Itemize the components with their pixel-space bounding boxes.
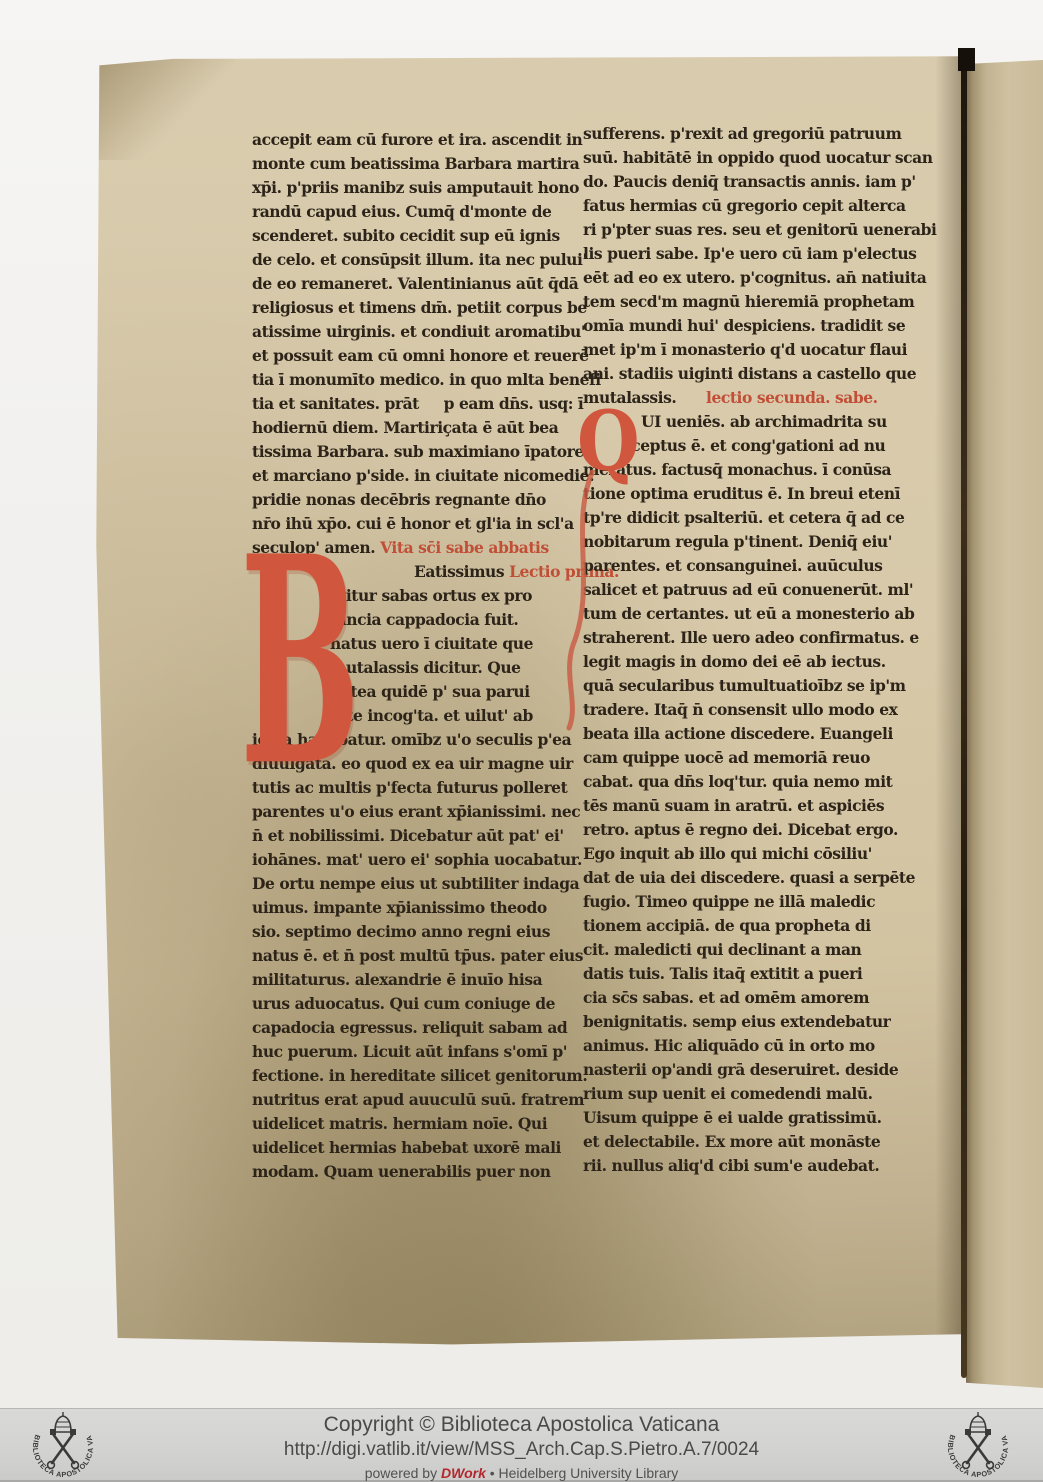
body-text: atissime uirginis. et condiuit aromatibu… — [252, 322, 585, 341]
body-text: parentes. et consanguinei. auūculus — [583, 556, 882, 575]
manuscript-line: tum de certantes. ut eū a monesterio ab — [583, 602, 910, 626]
body-text: nutritus erat apud auuculū suū. fratrem — [252, 1090, 584, 1109]
manuscript-line: sio. septimo decimo anno regni eius — [252, 920, 570, 944]
body-text: dat de uia dei discedere. quasi a serpēt… — [583, 868, 915, 887]
body-text: Ego inquit ab illo qui michi cōsiliu' — [583, 844, 872, 863]
manuscript-line: retro. aptus ē regno dei. Dicebat ergo. — [583, 818, 910, 842]
body-text: tionem accipiā. de qua propheta di — [583, 916, 871, 935]
body-text: tēs manū suam in aratrū. et aspiciēs — [583, 796, 884, 815]
manuscript-column-left: B accepit eam cū furore et ira. ascendit… — [252, 128, 570, 1184]
body-text: nasterii op'andi grā deseruiret. deside — [583, 1060, 898, 1079]
copyright-line: Copyright © Biblioteca Apostolica Vatica… — [0, 1413, 1043, 1437]
photo-background: © Biblioteca Apos SERVED B accepit eam c… — [0, 0, 1043, 1408]
body-text: tem secd'm magnū hieremiā prophetam — [583, 292, 914, 311]
body-text: retro. aptus ē regno dei. Dicebat ergo. — [583, 820, 898, 839]
body-text: tissima Barbara. sub maximiano īpatore. — [252, 442, 589, 461]
body-text: tia ī monumīto medico. in quo mlta benef… — [252, 370, 601, 389]
manuscript-line: et delectabile. Ex more aūt monāste — [583, 1130, 910, 1154]
body-text: legit magis in domo dei eē ab iectus. — [583, 652, 886, 671]
body-text: animus. Hic aliquādo cū in orto mo — [583, 1036, 875, 1055]
body-text: igitur sabas ortus ex pro — [330, 586, 532, 605]
body-text: do. Paucis deniq̄ transactis annis. iam … — [583, 172, 916, 191]
manuscript-line: suū. habitātē in oppido quod uocatur sca… — [583, 146, 910, 170]
manuscript-column-right: Q sufferens. p'rexit ad gregoriū patruum… — [583, 122, 910, 1178]
manuscript-line: parentes. et consanguinei. auūculus — [583, 554, 910, 578]
manuscript-line: atissime uirginis. et condiuit aromatibu… — [252, 320, 570, 344]
manuscript-line: omīa mundi hui' despiciens. tradidit se — [583, 314, 910, 338]
manuscript-line: tia et sanitates. prāt p eam dn̄s. usq: … — [252, 392, 570, 416]
body-text: capadocia egressus. reliquit sabam ad — [252, 1018, 567, 1037]
illuminated-initial-q: Q — [577, 406, 639, 475]
body-text: scenderet. subito cecidit sup eū ignis — [252, 226, 560, 245]
body-text: met ip'm ī monasterio q'd uocatur flaui — [583, 340, 907, 359]
body-text: de celo. et consūpsit illum. ita nec pul… — [252, 250, 587, 269]
manuscript-line: rii. nullus aliq'd cibi sum'e audebat. — [583, 1154, 910, 1178]
manuscript-line: legit magis in domo dei eē ab iectus. — [583, 650, 910, 674]
page-corner-fold — [95, 55, 235, 160]
rubric-text: Vita sc̄i sabe abbatis — [380, 538, 549, 557]
body-text: tate incog'ta. et uilut' ab — [330, 706, 533, 725]
manuscript-line: quā secularibus tumultuatioībz se ip'm — [583, 674, 910, 698]
body-text: fatus hermias cū gregorio cepit alterca — [583, 196, 906, 215]
body-text: straherent. Ille uero adeo confirmatus. … — [583, 628, 919, 647]
manuscript-line: fugio. Timeo quippe ne illā maledic — [583, 890, 910, 914]
body-text: natus uero ī ciuitate que — [330, 634, 533, 653]
manuscript-line: do. Paucis deniq̄ transactis annis. iam … — [583, 170, 910, 194]
body-text: cam quippe uocē ad memoriā reuo — [583, 748, 870, 767]
manuscript-line: benignitatis. semp eius extendebatur — [583, 1010, 910, 1034]
manuscript-line: ri p'pter suas res. seu et genitorū uene… — [583, 218, 910, 242]
illuminated-initial-b: B — [240, 556, 360, 769]
body-text: fectione. in hereditate silicet genitoru… — [252, 1066, 587, 1085]
manuscript-line: met ip'm ī monasterio q'd uocatur flaui — [583, 338, 910, 362]
body-text: modam. Quam uenerabilis puer non — [252, 1162, 551, 1181]
body-text: et marciano p'side. in ciuitate nicomedi… — [252, 466, 594, 485]
body-text: Eatissimus — [414, 562, 504, 581]
body-text: tp're didicit psalteriū. et cetera q̄ ad… — [583, 508, 904, 527]
manuscript-page: B accepit eam cū furore et ira. ascendit… — [95, 55, 965, 1347]
body-text: cia sc̄s sabas. et ad omēm amorem — [583, 988, 869, 1007]
manuscript-line: eēt ad eo ex utero. p'cognitus. an̄ nati… — [583, 266, 910, 290]
manuscript-line: uimus. impante xp̄ianissimo theodo — [252, 896, 570, 920]
manuscript-line: Ego inquit ab illo qui michi cōsiliu' — [583, 842, 910, 866]
body-text: datis tuis. Talis itaq̄ extitit a pueri — [583, 964, 862, 983]
vatican-emblem-icon — [963, 1412, 994, 1468]
manuscript-line: randū capud eius. Cumq̄ d'monte de — [252, 200, 570, 224]
manuscript-line: fectione. in hereditate silicet genitoru… — [252, 1064, 570, 1088]
manuscript-line: straherent. Ille uero adeo confirmatus. … — [583, 626, 910, 650]
manuscript-line: modam. Quam uenerabilis puer non — [252, 1160, 570, 1184]
manuscript-line: nutritus erat apud auuculū suū. fratrem — [252, 1088, 570, 1112]
powered-suffix: • Heidelberg University Library — [486, 1465, 678, 1481]
manuscript-line: tissima Barbara. sub maximiano īpatore. — [252, 440, 570, 464]
body-text: UI ueniēs. ab archimadrita su — [641, 412, 887, 431]
manuscript-line: beata illa actione discedere. Euangeli — [583, 722, 910, 746]
url-line: http://digi.vatlib.it/view/MSS_Arch.Cap.… — [0, 1439, 1043, 1461]
rubric-text: lectio secunda. sabe. — [706, 388, 878, 407]
footer-text-block: Copyright © Biblioteca Apostolica Vatica… — [0, 1413, 1043, 1481]
manuscript-line: sufferens. p'rexit ad gregoriū patruum — [583, 122, 910, 146]
manuscript-line: cit. maledicti qui declinant a man — [583, 938, 910, 962]
body-text: De ortu nempe eius ut subtiliter indaga — [252, 874, 579, 893]
body-text: sceptus ē. et cong'gationi ad nu — [623, 436, 885, 455]
manuscript-line: tia ī monumīto medico. in quo mlta benef… — [252, 368, 570, 392]
body-text: uidelicet matris. hermiam noīe. Qui — [252, 1114, 547, 1133]
powered-line: powered by DWork • Heidelberg University… — [0, 1465, 1043, 1481]
manuscript-line: monte cum beatissima Barbara martira — [252, 152, 570, 176]
body-text: benignitatis. semp eius extendebatur — [583, 1012, 890, 1031]
body-text: iohānes. mat' uero ei' sophia uocabatur. — [252, 850, 582, 869]
manuscript-line: De ortu nempe eius ut subtiliter indaga — [252, 872, 570, 896]
manuscript-line: lis pueri sabe. Ip'e uero cū iam p'elect… — [583, 242, 910, 266]
body-text: de eo remaneret. Valentinianus aūt q̄dā — [252, 274, 578, 293]
body-text: tia et sanitates. prāt p eam dn̄s. usq: … — [252, 394, 583, 413]
initial-q-tail-flourish — [561, 470, 603, 732]
footer-bar: BIBLIOTECA APOSTOLICA VATICANA Copyright… — [0, 1408, 1043, 1482]
body-text: uidelicet hermias habebat uxorē mali — [252, 1138, 561, 1157]
manuscript-line: religiosus et timens dm̄. petiit corpus … — [252, 296, 570, 320]
manuscript-line: tēs manū suam in aratrū. et aspiciēs — [583, 794, 910, 818]
body-text: omīa mundi hui' despiciens. tradidit se — [583, 316, 905, 335]
manuscript-line: ani. stadiis uiginti distans a castello … — [583, 362, 910, 386]
manuscript-line: nasterii op'andi grā deseruiret. deside — [583, 1058, 910, 1082]
book-gutter — [961, 58, 967, 1378]
manuscript-line: huc puerum. Licuit aūt infans s'omī p' — [252, 1040, 570, 1064]
body-text: ri p'pter suas res. seu et genitorū uene… — [583, 220, 936, 239]
body-text: randū capud eius. Cumq̄ d'monte de — [252, 202, 551, 221]
body-text: ani. stadiis uiginti distans a castello … — [583, 364, 916, 383]
manuscript-line: et marciano p'side. in ciuitate nicomedi… — [252, 464, 570, 488]
body-text: eēt ad eo ex utero. p'cognitus. an̄ nati… — [583, 268, 926, 287]
body-text: religiosus et timens dm̄. petiit corpus … — [252, 298, 587, 317]
manuscript-line: animus. Hic aliquādo cū in orto mo — [583, 1034, 910, 1058]
vatican-library-logo: BIBLIOTECA APOSTOLICA VATICANA — [925, 1411, 1031, 1481]
manuscript-line: salicet et patruus ad eū conuenerūt. ml' — [583, 578, 910, 602]
manuscript-line: capadocia egressus. reliquit sabam ad — [252, 1016, 570, 1040]
body-text: uimus. impante xp̄ianissimo theodo — [252, 898, 547, 917]
body-text: fugio. Timeo quippe ne illā maledic — [583, 892, 875, 911]
body-text: et possuit eam cū omni honore et reuerē — [252, 346, 589, 365]
manuscript-line: accepit eam cū furore et ira. ascendit i… — [252, 128, 570, 152]
manuscript-line: rium sup uenit ei comedendi malū. — [583, 1082, 910, 1106]
body-text: hodiernū diem. Martiriçata ē aūt bea — [252, 418, 558, 437]
manuscript-line: de eo remaneret. Valentinianus aūt q̄dā — [252, 272, 570, 296]
manuscript-line: Uisum quippe ē ei ualde gratissimū. — [583, 1106, 910, 1130]
body-text: xp̄i. p'priis manibz suis amputauit hono — [252, 178, 579, 197]
manuscript-line: dat de uia dei discedere. quasi a serpēt… — [583, 866, 910, 890]
manuscript-line: scenderet. subito cecidit sup eū ignis — [252, 224, 570, 248]
gutter-top-mark — [958, 48, 975, 71]
body-text: accepit eam cū furore et ira. ascendit i… — [252, 130, 582, 149]
manuscript-line: tp're didicit psalteriū. et cetera q̄ ad… — [583, 506, 910, 530]
body-text: beata illa actione discedere. Euangeli — [583, 724, 893, 743]
body-text: tum de certantes. ut eū a monesterio ab — [583, 604, 914, 623]
body-text: urus aduocatus. Qui cum coniuge de — [252, 994, 555, 1013]
manuscript-line: de celo. et consūpsit illum. ita nec pul… — [252, 248, 570, 272]
manuscript-line: tradere. Itaq̄ n̄ consensit ullo modo ex — [583, 698, 910, 722]
body-text: et delectabile. Ex more aūt monāste — [583, 1132, 880, 1151]
body-text: salicet et patruus ad eū conuenerūt. ml' — [583, 580, 913, 599]
body-text: nobitarum regula p'tinent. Deniq̄ eiu' — [583, 532, 892, 551]
manuscript-line: xp̄i. p'priis manibz suis amputauit hono — [252, 176, 570, 200]
body-text: huc puerum. Licuit aūt infans s'omī p' — [252, 1042, 567, 1061]
body-text: monte cum beatissima Barbara martira — [252, 154, 579, 173]
manuscript-line: uidelicet matris. hermiam noīe. Qui — [252, 1112, 570, 1136]
manuscript-line: uidelicet hermias habebat uxorē mali — [252, 1136, 570, 1160]
body-text: lis pueri sabe. Ip'e uero cū iam p'elect… — [583, 244, 916, 263]
body-text: quā secularibus tumultuatioībz se ip'm — [583, 676, 906, 695]
body-text: cit. maledicti qui declinant a man — [583, 940, 861, 959]
body-text: Uisum quippe ē ei ualde gratissimū. — [583, 1108, 882, 1127]
powered-prefix: powered by — [365, 1465, 441, 1481]
manuscript-line: cabat. qua dn̄s loq'tur. quia nemo mit — [583, 770, 910, 794]
manuscript-line: et possuit eam cū omni honore et reuerē — [252, 344, 570, 368]
manuscript-line: fatus hermias cū gregorio cepit alterca — [583, 194, 910, 218]
body-text: suū. habitātē in oppido quod uocatur sca… — [583, 148, 933, 167]
body-text: tradere. Itaq̄ n̄ consensit ullo modo ex — [583, 700, 897, 719]
manuscript-line: datis tuis. Talis itaq̄ extitit a pueri — [583, 962, 910, 986]
body-text: militaturus. alexandrie ē inuīo hisa — [252, 970, 542, 989]
manuscript-line: iohānes. mat' uero ei' sophia uocabatur. — [252, 848, 570, 872]
dwork-brand: DWork — [441, 1465, 486, 1481]
body-text: rii. nullus aliq'd cibi sum'e audebat. — [583, 1156, 879, 1175]
manuscript-line: tem secd'm magnū hieremiā prophetam — [583, 290, 910, 314]
body-text: cabat. qua dn̄s loq'tur. quia nemo mit — [583, 772, 892, 791]
body-text: natus ē. et n̄ post multū tp̄us. pater e… — [252, 946, 583, 965]
manuscript-line: cam quippe uocē ad memoriā reuo — [583, 746, 910, 770]
body-text: rium sup uenit ei comedendi malū. — [583, 1084, 873, 1103]
facing-page-edge — [966, 60, 1043, 1388]
body-text: sufferens. p'rexit ad gregoriū patruum — [583, 124, 901, 143]
manuscript-line: cia sc̄s sabas. et ad omēm amorem — [583, 986, 910, 1010]
manuscript-line: nobitarum regula p'tinent. Deniq̄ eiu' — [583, 530, 910, 554]
body-text: sio. septimo decimo anno regni eius — [252, 922, 550, 941]
manuscript-line: natus ē. et n̄ post multū tp̄us. pater e… — [252, 944, 570, 968]
manuscript-line: urus aduocatus. Qui cum coniuge de — [252, 992, 570, 1016]
manuscript-line: hodiernū diem. Martiriçata ē aūt bea — [252, 416, 570, 440]
manuscript-line: militaturus. alexandrie ē inuīo hisa — [252, 968, 570, 992]
manuscript-line: tionem accipiā. de qua propheta di — [583, 914, 910, 938]
